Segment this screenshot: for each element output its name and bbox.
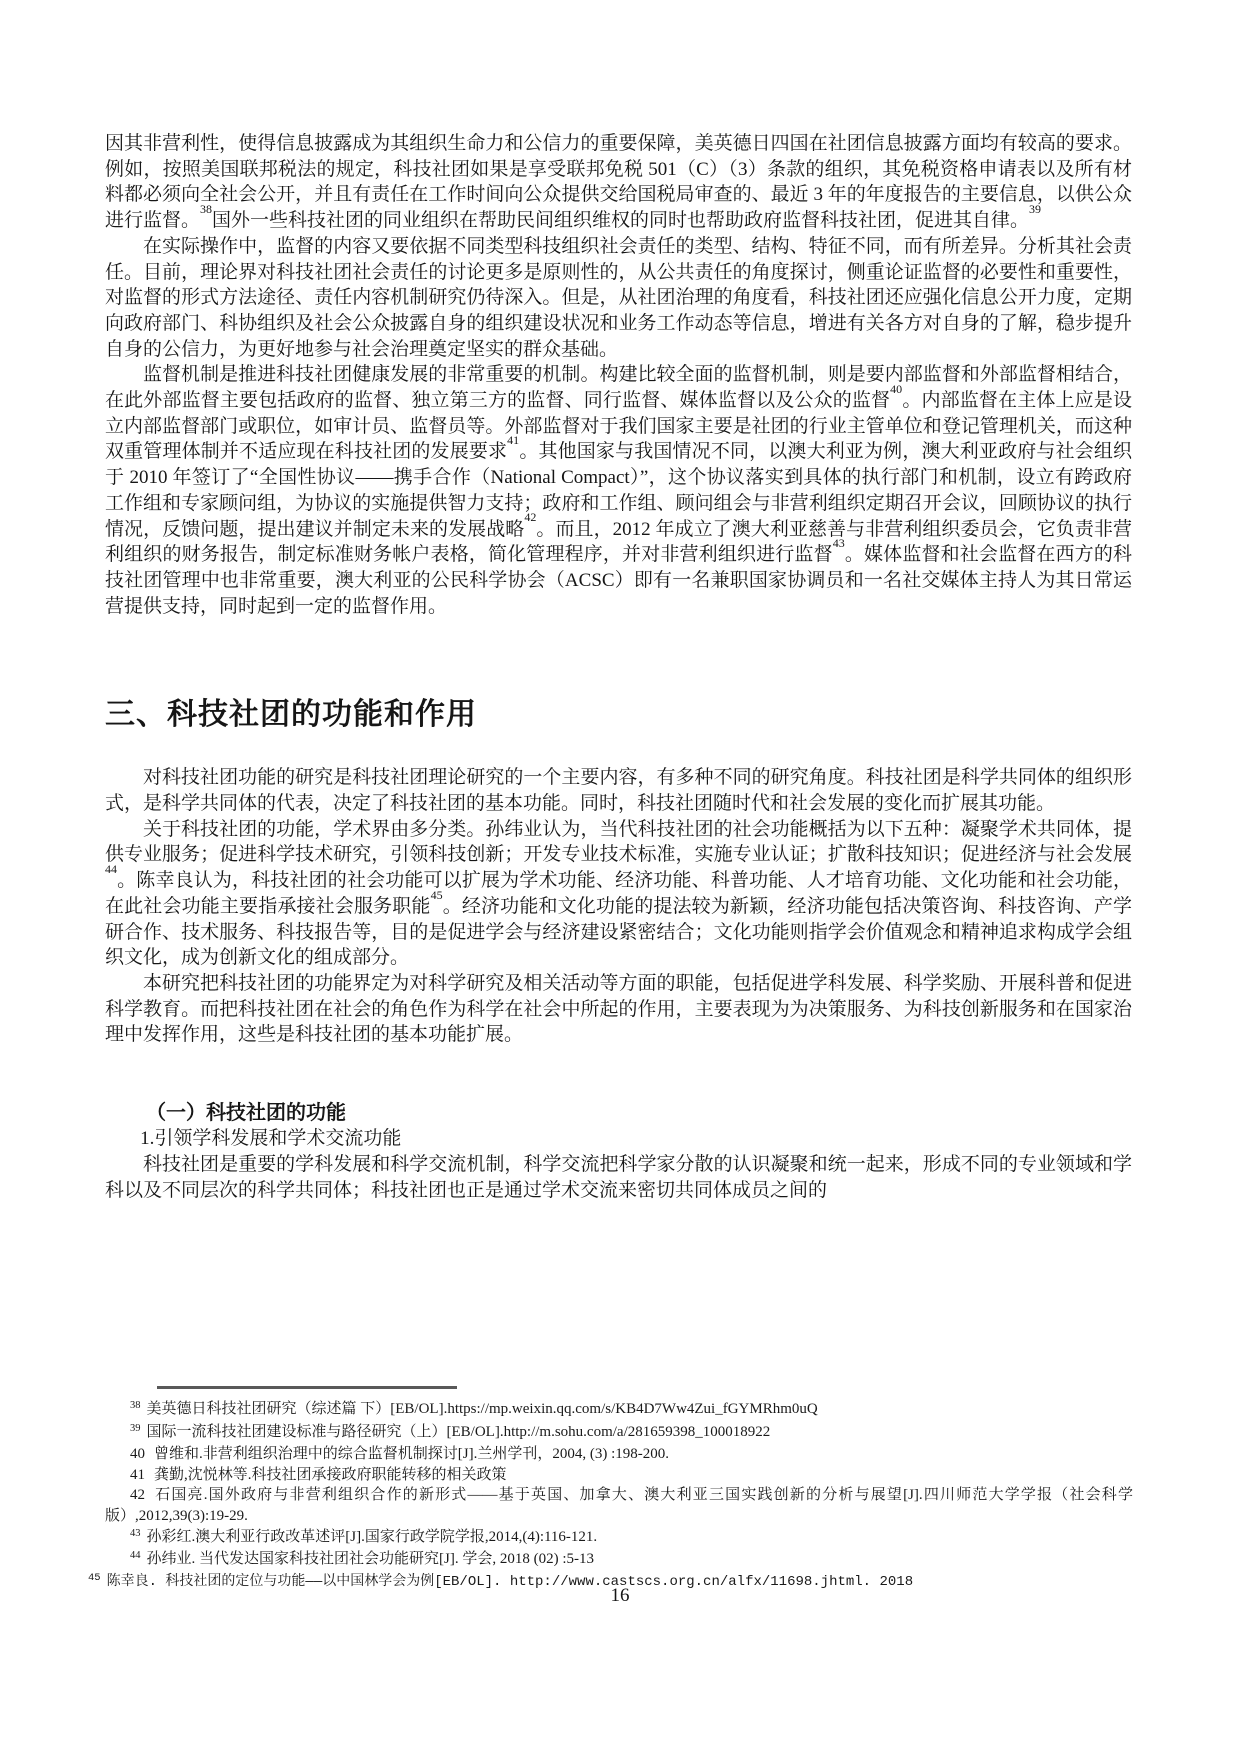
footnote-number: 40 — [130, 1446, 145, 1462]
subsection-heading: （一）科技社团的功能 — [105, 1100, 1132, 1126]
footnote-number: 38 — [130, 1400, 141, 1411]
footnote-number: 44 — [130, 1550, 141, 1561]
footnote-text: 曾维和.非营利组织治理中的综合监督机制探讨[J].兰州学刊，2004, (3) … — [154, 1446, 669, 1462]
body-paragraph-2: 在实际操作中，监督的内容又要依据不同类型科技组织社会责任的类型、结构、特征不同，… — [105, 234, 1132, 363]
footnote-38: 38美英德日科技社团研究（综述篇 下）[EB/OL].https://mp.we… — [105, 1399, 1133, 1422]
footnote-43: 43孙彩红.澳大利亚行政改革述评[J].国家行政学院学报,2014,(4):11… — [105, 1527, 1133, 1550]
subsection-item: 1.引领学科发展和学术交流功能 — [105, 1126, 1132, 1152]
footnote-number: 43 — [130, 1528, 141, 1539]
footnote-42: 42石国亮.国外政府与非营利组织合作的新形式——基于英国、加拿大、澳大利亚三国实… — [105, 1485, 1133, 1526]
footnote-40: 40曾维和.非营利组织治理中的综合监督机制探讨[J].兰州学刊，2004, (3… — [105, 1444, 1133, 1465]
footnote-separator — [157, 1386, 457, 1389]
footnote-44: 44孙纬业. 当代发达国家科技社团社会功能研究[J]. 学会, 2018 (02… — [105, 1549, 1133, 1572]
footnote-text: 孙彩红.澳大利亚行政改革述评[J].国家行政学院学报,2014,(4):116-… — [147, 1529, 598, 1545]
body-paragraph-3: 监督机制是推进科技社团健康发展的非常重要的机制。构建比较全面的监督机制，则是要内… — [105, 362, 1132, 619]
body-paragraph-4: 对科技社团功能的研究是科技社团理论研究的一个主要内容，有多种不同的研究角度。科技… — [105, 765, 1132, 816]
section-heading: 三、科技社团的功能和作用 — [105, 695, 1132, 735]
body-paragraph-6: 本研究把科技社团的功能界定为对科学研究及相关活动等方面的职能，包括促进学科发展、… — [105, 971, 1132, 1048]
footnote-text: 孙纬业. 当代发达国家科技社团社会功能研究[J]. 学会, 2018 (02) … — [147, 1551, 594, 1567]
footnote-area: 38美英德日科技社团研究（综述篇 下）[EB/OL].https://mp.we… — [105, 1386, 1133, 1593]
body-paragraph-1: 因其非营利性，使得信息披露成为其组织生命力和公信力的重要保障，美英德日四国在社团… — [105, 131, 1132, 234]
footnote-text: 美英德日科技社团研究（综述篇 下）[EB/OL].https://mp.weix… — [147, 1401, 818, 1417]
footnote-number: 41 — [130, 1467, 145, 1483]
footnote-41: 41龚勤,沈悦林等.科技社团承接政府职能转移的相关政策 — [105, 1465, 1133, 1486]
body-paragraph-5: 关于科技社团的功能，学术界由多分类。孙纬业认为，当代科技社团的社会功能概括为以下… — [105, 817, 1132, 971]
footnote-39: 39国际一流科技社团建设标准与路径研究（上）[EB/OL].http://m.s… — [105, 1422, 1133, 1445]
document-page: 因其非营利性，使得信息披露成为其组织生命力和公信力的重要保障，美英德日四国在社团… — [0, 0, 1240, 1753]
body-paragraph-7: 科技社团是重要的学科发展和科学交流机制，科学交流把科学家分散的认识凝聚和统一起来… — [105, 1152, 1132, 1203]
footnote-text: 龚勤,沈悦林等.科技社团承接政府职能转移的相关政策 — [154, 1467, 507, 1483]
footnote-number: 45 — [88, 1572, 101, 1584]
footnote-number: 42 — [130, 1487, 145, 1503]
page-number: 16 — [0, 1585, 1240, 1607]
footnote-text: 国际一流科技社团建设标准与路径研究（上）[EB/OL].http://m.soh… — [147, 1424, 771, 1440]
footnote-number: 39 — [130, 1423, 141, 1434]
footnote-text: 石国亮.国外政府与非营利组织合作的新形式——基于英国、加拿大、澳大利亚三国实践创… — [105, 1487, 1133, 1524]
